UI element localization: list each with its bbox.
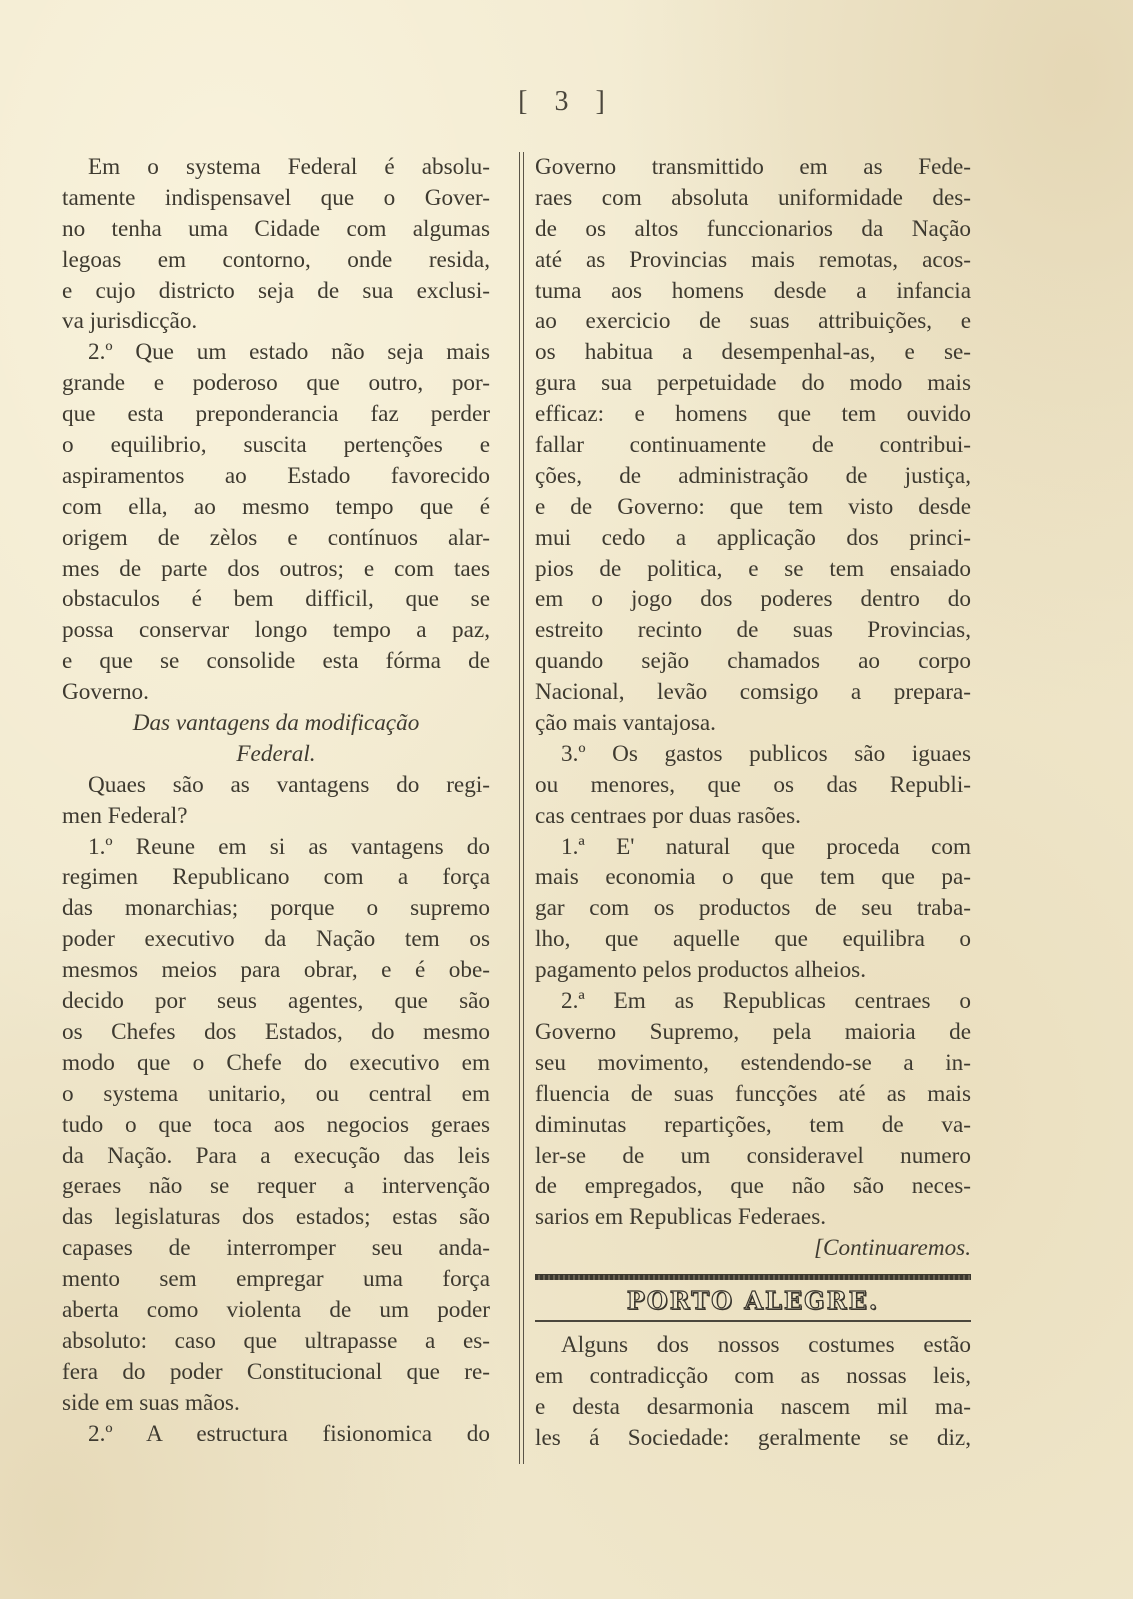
text-line: e que se consolide esta fórma de (62, 646, 490, 677)
text-line: aspiramentos ao Estado favorecido (62, 461, 490, 492)
text-line: ção mais vantajosa. (535, 708, 971, 739)
text-line: de os altos funccionarios da Nação (535, 214, 971, 245)
text-line: legoas em contorno, onde resida, (62, 245, 490, 276)
text-line: Governo. (62, 677, 490, 708)
text-line: cas centraes por duas rasões. (535, 801, 971, 832)
text-line: Governo transmittido em as Fede- (535, 152, 971, 183)
text-line: va jurisdicção. (62, 306, 490, 337)
text-line: 3.º Os gastos publicos são iguaes (535, 739, 971, 770)
text-line: Alguns dos nossos costumes estão (535, 1330, 971, 1361)
text-line: efficaz: e homens que tem ouvido (535, 399, 971, 430)
text-line: fera do poder Constitucional que re- (62, 1357, 490, 1388)
text-line: da Nação. Para a execução das leis (62, 1141, 490, 1172)
text-line: lho, que aquelle que equilibra o (535, 924, 971, 955)
text-line: e desta desarmonia nascem mil ma- (535, 1392, 971, 1423)
text-line: tamente indispensavel que o Gover- (62, 183, 490, 214)
text-line: sarios em Republicas Federaes. (535, 1202, 971, 1233)
text-line: fluencia de suas funcções até as mais (535, 1079, 971, 1110)
text-line: 2.º A estructura fisionomica do (62, 1419, 490, 1450)
text-line: regimen Republicano com a força (62, 862, 490, 893)
text-line: geraes não se requer a intervenção (62, 1171, 490, 1202)
text-line: les á Sociedade: geralmente se diz, (535, 1423, 971, 1454)
text-line: das monarchias; porque o supremo (62, 893, 490, 924)
text-line: seu movimento, estendendo-se a in- (535, 1048, 971, 1079)
text-line: em contradicção com as nossas leis, (535, 1361, 971, 1392)
text-line: pagamento pelos productos alheios. (535, 955, 971, 986)
text-line: modo que o Chefe do executivo em (62, 1048, 490, 1079)
text-line: que esta preponderancia faz perder (62, 399, 490, 430)
text-line: os habitua a desempenhal-as, e se- (535, 337, 971, 368)
text-line: 2.º Que um estado não seja mais (62, 337, 490, 368)
text-line: o equilibrio, suscita pertenções e (62, 430, 490, 461)
text-line: das legislaturas dos estados; estas são (62, 1202, 490, 1233)
right-column: Governo transmittido em as Fede- raes co… (535, 152, 971, 1454)
text-line: mento sem empregar uma força (62, 1264, 490, 1295)
text-line: e cujo districto seja de sua exclusi- (62, 276, 490, 307)
subheading: Federal. (62, 739, 490, 770)
text-line: 1.ª E' natural que proceda com (535, 832, 971, 863)
text-line: em o jogo dos poderes dentro do (535, 584, 971, 615)
text-line: diminutas repartições, tem de va- (535, 1110, 971, 1141)
text-line: capases de interromper seu anda- (62, 1233, 490, 1264)
text-line: fallar continuamente de contribui- (535, 430, 971, 461)
text-line: Nacional, levão comsigo a prepara- (535, 677, 971, 708)
text-line: ao exercicio de suas attribuições, e (535, 306, 971, 337)
text-line: mesmos meios para obrar, e é obe- (62, 955, 490, 986)
section-rule-bottom (535, 1320, 971, 1322)
text-line: quando sejão chamados ao corpo (535, 646, 971, 677)
text-line: de empregados, que não são neces- (535, 1171, 971, 1202)
text-line: no tenha uma Cidade com algumas (62, 214, 490, 245)
page-number: [ 3 ] (0, 86, 1133, 118)
text-line: Governo Supremo, pela maioria de (535, 1017, 971, 1048)
text-line: origem de zèlos e contínuos alar- (62, 523, 490, 554)
text-line: até as Provincias mais remotas, acos- (535, 245, 971, 276)
text-line: Quaes são as vantagens do regi- (62, 770, 490, 801)
text-line: estreito recinto de suas Provincias, (535, 615, 971, 646)
text-line: 1.º Reune em si as vantagens do (62, 832, 490, 863)
text-line: mes de parte dos outros; e com taes (62, 554, 490, 585)
text-line: ler-se de um consideravel numero (535, 1141, 971, 1172)
text-line: absoluto: caso que ultrapasse a es- (62, 1326, 490, 1357)
text-line: side em suas mãos. (62, 1388, 490, 1419)
text-line: grande e poderoso que outro, por- (62, 368, 490, 399)
left-column: Em o systema Federal é absolu- tamente i… (62, 152, 490, 1449)
text-line: mais economia o que tem que pa- (535, 862, 971, 893)
text-line: poder executivo da Nação tem os (62, 924, 490, 955)
text-line: ções, de administração de justiça, (535, 461, 971, 492)
section-title: PORTO ALEGRE. (535, 1284, 971, 1318)
text-line: possa conservar longo tempo a paz, (62, 615, 490, 646)
text-line: pios de politica, e se tem ensaiado (535, 554, 971, 585)
text-line: ou menores, que os das Republi- (535, 770, 971, 801)
text-line: com ella, ao mesmo tempo que é (62, 492, 490, 523)
text-line: e de Governo: que tem visto desde (535, 492, 971, 523)
text-line: 2.ª Em as Republicas centraes o (535, 986, 971, 1017)
text-line: gar com os productos de seu traba- (535, 893, 971, 924)
subheading: Das vantagens da modificação (62, 708, 490, 739)
text-line: o systema unitario, ou central em (62, 1079, 490, 1110)
column-divider (519, 152, 524, 1464)
text-line: aberta como violenta de um poder (62, 1295, 490, 1326)
text-line: raes com absoluta uniformidade des- (535, 183, 971, 214)
section-rule-top (535, 1274, 971, 1280)
text-line: mui cedo a applicação dos princi- (535, 523, 971, 554)
text-line: men Federal? (62, 801, 490, 832)
text-line: tuma aos homens desde a infancia (535, 276, 971, 307)
text-line: os Chefes dos Estados, do mesmo (62, 1017, 490, 1048)
continuation-note: [Continuaremos. (535, 1233, 971, 1264)
text-line: tudo o que toca aos negocios geraes (62, 1110, 490, 1141)
text-line: obstaculos é bem difficil, que se (62, 584, 490, 615)
text-line: gura sua perpetuidade do modo mais (535, 368, 971, 399)
text-line: Em o systema Federal é absolu- (62, 152, 490, 183)
text-line: decido por seus agentes, que são (62, 986, 490, 1017)
